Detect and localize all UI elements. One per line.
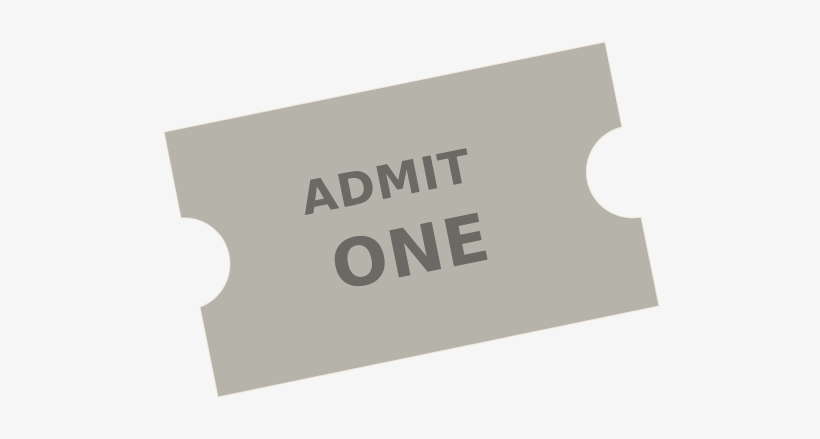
ticket-illustration: ADMIT ONE: [0, 0, 820, 439]
